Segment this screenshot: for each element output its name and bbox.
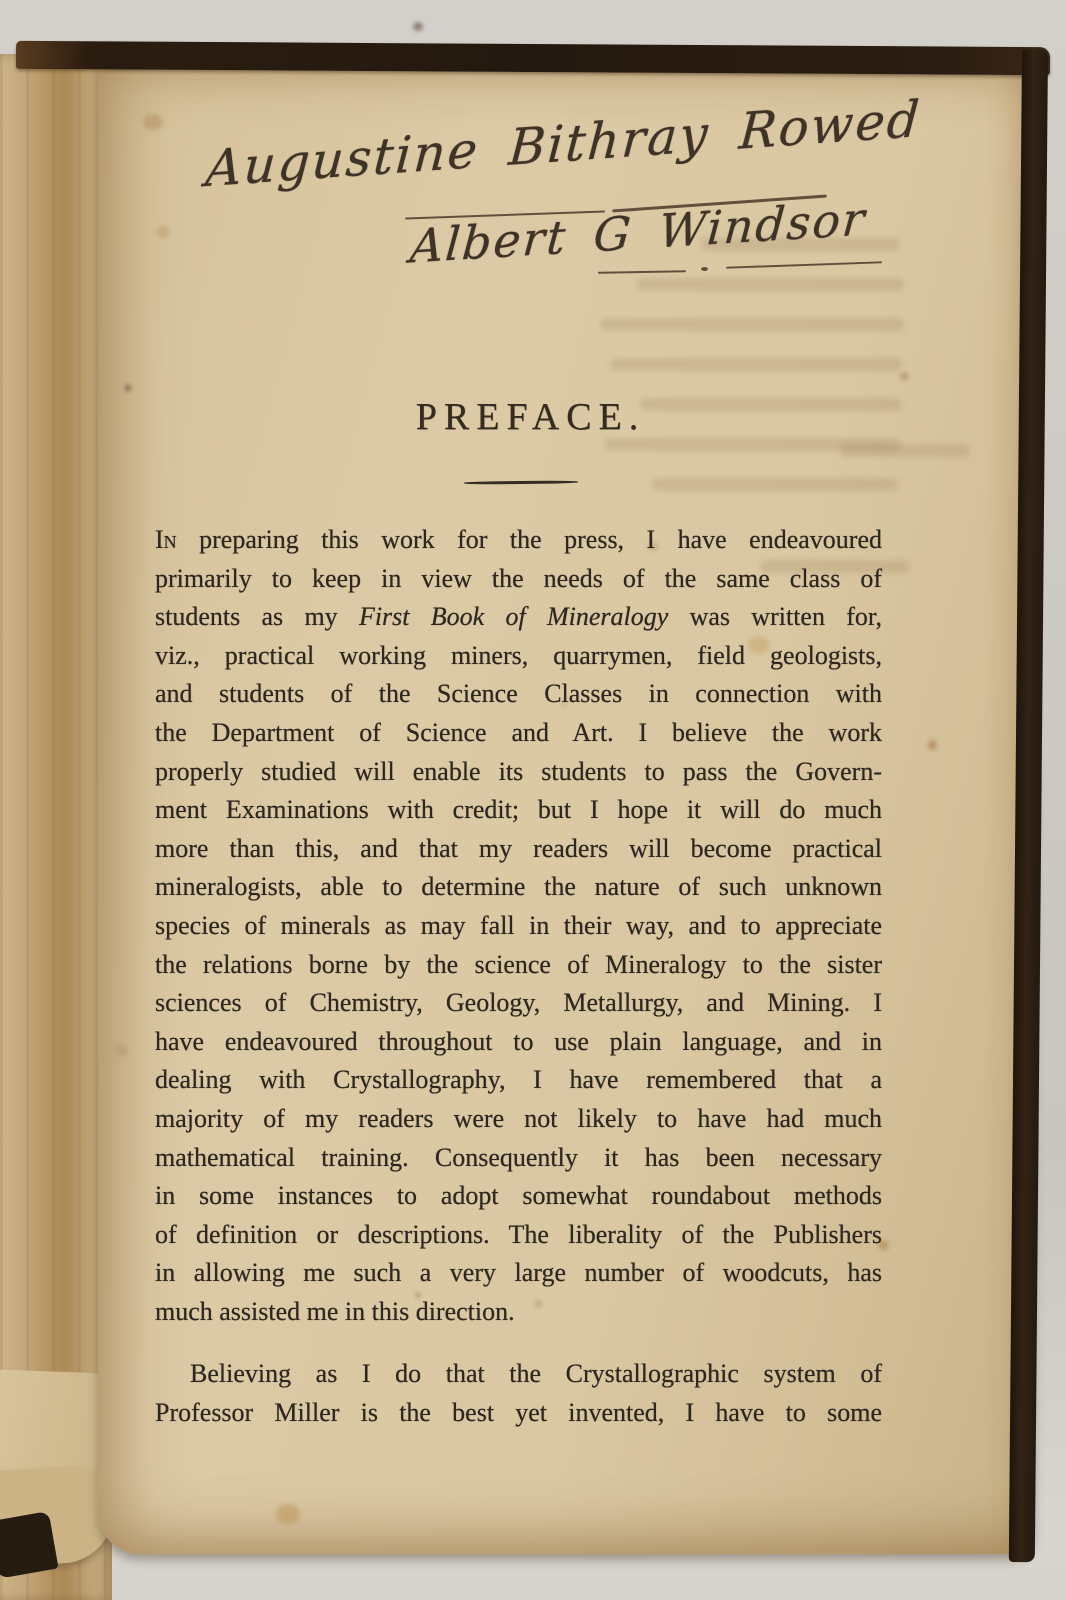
preface-body: In preparing this work for the press, I …: [155, 521, 882, 1433]
photograph-background: { "title": { "text": "PREFACE." }, "sign…: [0, 0, 1066, 1600]
text-line: students as my First Book of Mineralogy …: [155, 598, 882, 637]
text-line: much assisted me in this direction.: [155, 1293, 882, 1332]
fox-spot: [928, 740, 937, 750]
fox-spot: [116, 1044, 128, 1056]
text-line: in some instances to adopt somewhat roun…: [155, 1177, 882, 1216]
text-line: in allowing me such a very large number …: [155, 1254, 882, 1293]
bleedthrough-line: [840, 444, 970, 457]
fox-spot: [143, 114, 163, 130]
text-line: the Department of Science and Art. I bel…: [155, 714, 882, 753]
text-line: Believing as I do that the Crystallograp…: [155, 1355, 882, 1394]
fox-spot: [276, 1504, 300, 1524]
text-line: majority of my readers were not likely t…: [155, 1100, 882, 1139]
text-line: primarily to keep in view the needs of t…: [155, 560, 882, 599]
text-line: species of minerals as may fall in their…: [155, 907, 882, 946]
text-line: and students of the Science Classes in c…: [155, 675, 882, 714]
text-line: properly studied will enable its student…: [155, 753, 882, 792]
bleedthrough-line: [600, 318, 904, 331]
text-line: In preparing this work for the press, I …: [155, 521, 882, 560]
preface-paragraph: Believing as I do that the Crystallograp…: [155, 1355, 882, 1432]
signature-underline: [701, 267, 708, 271]
bleedthrough-line: [610, 358, 902, 371]
text-line: mathematical training. Consequently it h…: [155, 1139, 882, 1178]
text-line: Professor Miller is the best yet invente…: [155, 1394, 882, 1433]
fox-spot: [156, 226, 170, 238]
text-line: the relations borne by the science of Mi…: [155, 946, 882, 985]
bleedthrough-line: [652, 478, 898, 491]
text-line: of definition or descriptions. The liber…: [155, 1216, 882, 1255]
book-cover-corner: [0, 1511, 59, 1579]
text-line: dealing with Crystallography, I have rem…: [155, 1061, 882, 1100]
preface-paragraph: In preparing this work for the press, I …: [155, 521, 882, 1331]
fox-spot: [413, 22, 423, 31]
text-line: have endeavoured throughout to use plain…: [155, 1023, 882, 1062]
fox-spot: [900, 372, 909, 381]
fox-spot: [125, 384, 131, 392]
text-line: mineralogists, able to determine the nat…: [155, 868, 882, 907]
book-page-edges: [0, 54, 112, 1600]
text-line: more than this, and that my readers will…: [155, 830, 882, 869]
text-line: sciences of Chemistry, Geology, Metallur…: [155, 984, 882, 1023]
text-line: ment Examinations with credit; but I hop…: [155, 791, 882, 830]
page-title: PREFACE.: [155, 398, 894, 436]
text-line: viz., practical working miners, quarryme…: [155, 637, 882, 676]
bleedthrough-line: [636, 278, 904, 291]
